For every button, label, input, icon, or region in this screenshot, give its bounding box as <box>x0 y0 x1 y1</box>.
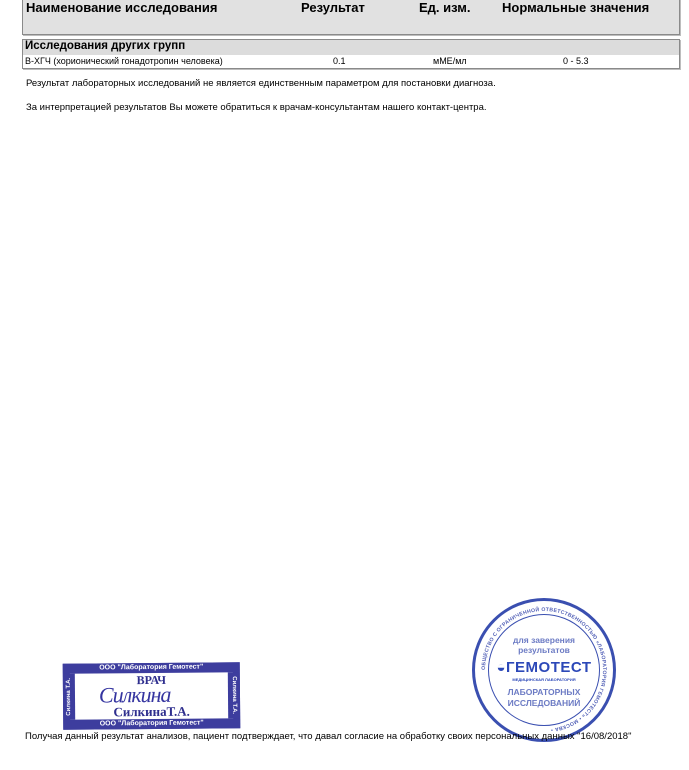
column-header-normal-range: Нормальные значения <box>502 0 649 15</box>
disclaimer-note: Результат лабораторных исследований не я… <box>26 78 496 89</box>
seal-brand-subtitle: МЕДИЦИНСКАЯ ЛАБОРАТОРИЯ <box>475 677 613 682</box>
group-row: Исследования других групп <box>23 40 679 55</box>
results-table: Исследования других групп B-ХГЧ (хориони… <box>22 39 680 69</box>
brand-logo-icon: ◒ <box>496 659 506 676</box>
seal-line-4: ИССЛЕДОВАНИЙ <box>475 698 613 708</box>
seal-brand: ◒ГЕМОТЕСТ <box>475 659 613 676</box>
column-header-result: Результат <box>301 0 365 15</box>
column-header-name: Наименование исследования <box>26 0 217 15</box>
seal-line-1: для заверения <box>475 635 613 645</box>
test-name: B-ХГЧ (хорионический гонадотропин челове… <box>25 56 223 66</box>
doctor-stamp: ООО "Лаборатория Гемотест" ООО "Лаборато… <box>63 662 241 730</box>
table-row: B-ХГЧ (хорионический гонадотропин челове… <box>23 55 679 68</box>
laboratory-seal: ОБЩЕСТВО С ОГРАНИЧЕННОЙ ОТВЕТСТВЕННОСТЬЮ… <box>472 598 616 742</box>
doctor-name: СилкинаТ.А. <box>63 703 240 721</box>
group-title: Исследования других групп <box>25 40 185 52</box>
results-header: Наименование исследования Результат Ед. … <box>22 0 680 35</box>
seal-line-2: результатов <box>475 645 613 655</box>
seal-line-3: ЛАБОРАТОРНЫХ <box>475 687 613 697</box>
seal-brand-text: ГЕМОТЕСТ <box>506 659 591 676</box>
test-result: 0.1 <box>333 56 346 66</box>
consent-statement: Получая данный результат анализов, пацие… <box>25 731 631 742</box>
test-normal-range: 0 - 5.3 <box>563 56 589 66</box>
consultation-note: За интерпретацией результатов Вы можете … <box>26 102 487 113</box>
column-header-unit: Ед. изм. <box>419 0 471 15</box>
test-unit: мМЕ/мл <box>433 56 467 66</box>
